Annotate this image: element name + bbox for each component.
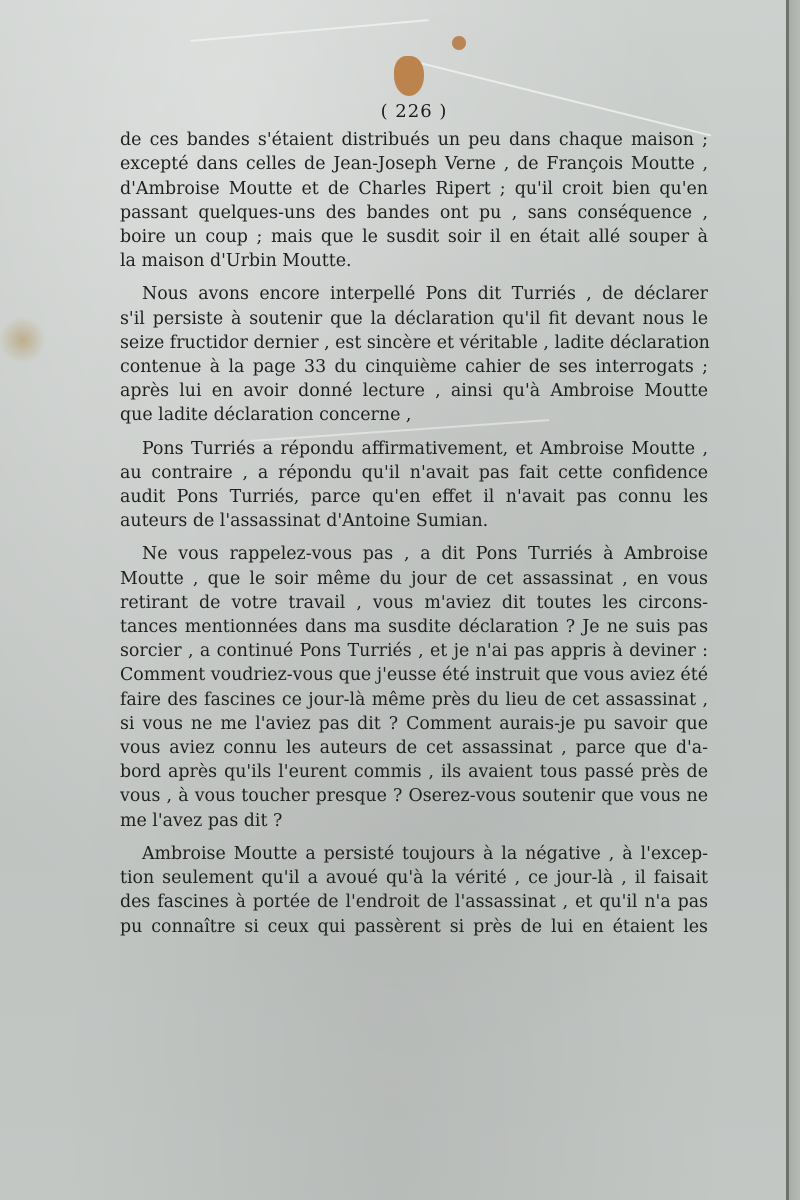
paragraph-3: Pons Turriés a répondu affirmativement, …: [120, 437, 708, 534]
text-line: Comment voudriez-vous que j'eusse été in…: [120, 663, 708, 687]
paragraph-4: Ne vous rappelez-vous pas , a dit Pons T…: [120, 542, 708, 832]
text-line: la maison d'Urbin Moutte.: [120, 249, 708, 273]
text-line: de ces bandes s'étaient distribués un pe…: [120, 128, 708, 152]
text-line: boire un coup ; mais que le susdit soir …: [120, 225, 708, 249]
page-text: ( 226 ) de ces bandes s'étaient distribu…: [120, 100, 708, 948]
text-line: faire des fascines ce jour-là même près …: [120, 688, 708, 712]
paragraph-1: de ces bandes s'étaient distribués un pe…: [120, 128, 708, 273]
text-line: Nous avons encore interpellé Pons dit Tu…: [120, 282, 708, 306]
text-line: Ne vous rappelez-vous pas , a dit Pons T…: [120, 542, 708, 566]
paper-stain: [0, 315, 45, 365]
next-page-edge: [789, 0, 800, 1200]
paper-crease: [190, 19, 429, 42]
text-line: bord après qu'ils l'eurent commis , ils …: [120, 760, 708, 784]
text-line: si vous ne me l'aviez pas dit ? Comment …: [120, 712, 708, 736]
page-number: ( 226 ): [120, 100, 708, 124]
paragraph-5: Ambroise Moutte a persisté toujours à la…: [120, 842, 708, 939]
text-line: pu connaître si ceux qui passèrent si pr…: [120, 915, 708, 939]
text-line: vous , à vous toucher presque ? Oserez-v…: [120, 784, 708, 808]
text-line: Pons Turriés a répondu affirmativement, …: [120, 437, 708, 461]
paragraph-2: Nous avons encore interpellé Pons dit Tu…: [120, 282, 708, 427]
text-line: excepté dans celles de Jean-Joseph Verne…: [120, 152, 708, 176]
text-line: auteurs de l'assassinat d'Antoine Sumian…: [120, 509, 708, 533]
text-line: d'Ambroise Moutte et de Charles Ripert ;…: [120, 177, 708, 201]
paper-stain: [452, 36, 466, 50]
text-line: s'il persiste à soutenir que la déclarat…: [120, 307, 708, 331]
text-line: que ladite déclaration concerne ,: [120, 403, 708, 427]
paper-stain: [394, 56, 424, 96]
text-line: tion seulement qu'il a avoué qu'à la vér…: [120, 866, 708, 890]
text-line: au contraire , a répondu qu'il n'avait p…: [120, 461, 708, 485]
text-line: retirant de votre travail , vous m'aviez…: [120, 591, 708, 615]
text-line: passant quelques-uns des bandes ont pu ,…: [120, 201, 708, 225]
text-line: audit Pons Turriés, parce qu'en effet il…: [120, 485, 708, 509]
text-line: des fascines à portée de l'endroit de l'…: [120, 890, 708, 914]
text-line: sorcier , a continué Pons Turriés , et j…: [120, 639, 708, 663]
text-line: vous aviez connu les auteurs de cet assa…: [120, 736, 708, 760]
text-line: après lui en avoir donné lecture , ainsi…: [120, 379, 708, 403]
text-line: seize fructidor dernier , est sincère et…: [120, 331, 708, 355]
text-line: contenue à la page 33 du cinquième cahie…: [120, 355, 708, 379]
scanned-page: ( 226 ) de ces bandes s'étaient distribu…: [0, 0, 786, 1200]
text-line: tances mentionnées dans ma susdite décla…: [120, 615, 708, 639]
text-line: Moutte , que le soir même du jour de cet…: [120, 567, 708, 591]
text-line: Ambroise Moutte a persisté toujours à la…: [120, 842, 708, 866]
text-line: me l'avez pas dit ?: [120, 809, 708, 833]
